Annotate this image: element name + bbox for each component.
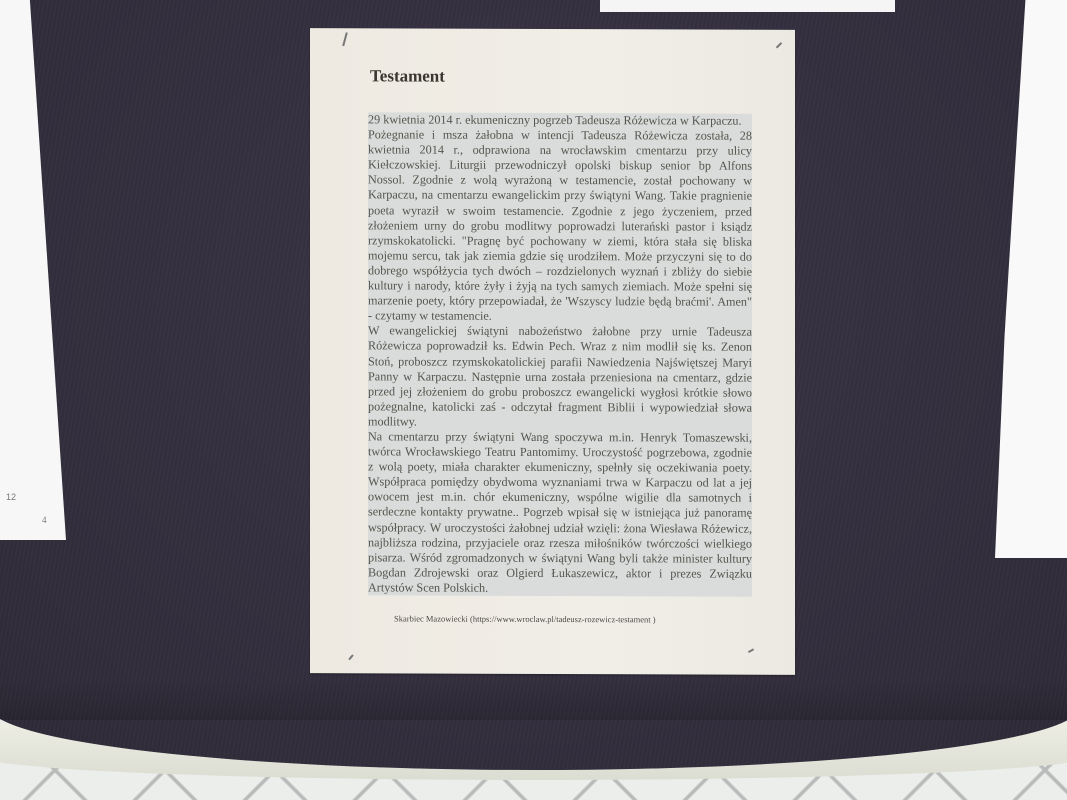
page-number: 12 — [6, 492, 16, 502]
document-sheet: Testament 29 kwietnia 2014 r. ekumeniczn… — [310, 28, 795, 675]
handwritten-mark: 4 — [42, 515, 47, 525]
adjacent-sheet-top — [600, 0, 895, 12]
pin-icon — [748, 648, 754, 653]
board-shadow — [0, 680, 1067, 720]
paragraph: Na cmentarzu przy świątyni Wang spoczywa… — [368, 429, 752, 596]
paragraph: Pożegnanie i msza żałobna w intencji Tad… — [368, 127, 752, 325]
pin-icon — [348, 654, 353, 660]
pin-icon — [342, 32, 348, 46]
paragraph: W ewangelickiej świątyni nabożeństwo żał… — [368, 324, 752, 431]
document-title: Testament — [370, 66, 445, 86]
paragraph: 29 kwietnia 2014 r. ekumeniczny pogrzeb … — [368, 112, 752, 128]
document-body: 29 kwietnia 2014 r. ekumeniczny pogrzeb … — [368, 112, 752, 596]
pin-icon — [776, 42, 782, 48]
source-citation: Skarbiec Mazowiecki (https://www.wroclaw… — [394, 613, 656, 624]
